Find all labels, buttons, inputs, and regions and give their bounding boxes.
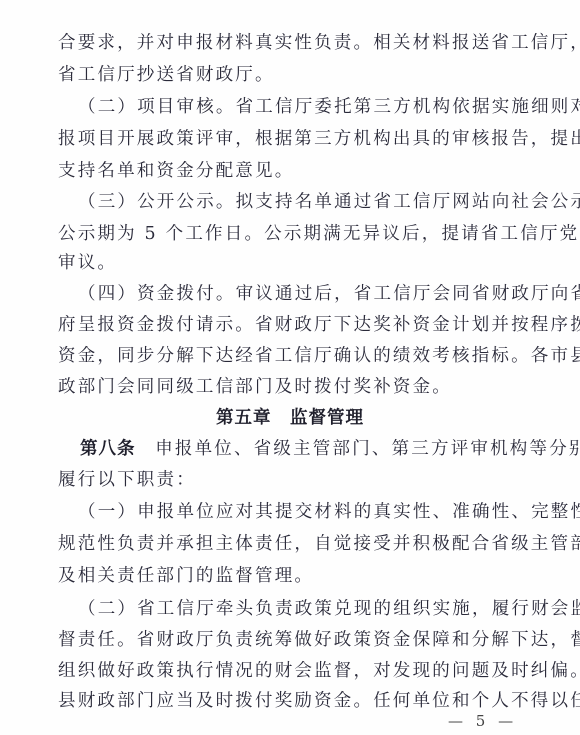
paragraph-line: 支持名单和资金分配意见。 [58,156,513,186]
paragraph-line-public-notice: （三）公开公示。拟支持名单通过省工信厅网站向社会公示， [78,187,513,217]
paragraph-line: 组织做好政策执行情况的财会监督，对发现的问题及时纠偏。市 [58,656,513,686]
paragraph-line: 报项目开展政策评审，根据第三方机构出具的审核报告，提出拟 [58,124,513,154]
paragraph-line-duty-1: （一）申报单位应对其提交材料的真实性、准确性、完整性、 [78,497,513,527]
paragraph-line: 督责任。省财政厅负责统筹做好政策资金保障和分解下达，督促 [58,625,513,655]
paragraph-line-project-review: （二）项目审核。省工信厅委托第三方机构依据实施细则对申 [78,92,513,122]
paragraph-line-fund-allocation: （四）资金拨付。审议通过后，省工信厅会同省财政厅向省政 [78,279,513,309]
page-number: — 5 — [448,712,517,730]
paragraph-line: 公示期为 5 个工作日。公示期满无异议后，提请省工信厅党组会 [58,219,513,249]
paragraph-line: 履行以下职责： [58,465,513,495]
paragraph-line: 政部门会同同级工信部门及时拨付奖补资金。 [58,372,513,402]
paragraph-line: 省工信厅抄送省财政厅。 [58,60,513,90]
paragraph-line: 县财政部门应当及时拨付奖励资金。任何单位和个人不得以任何 [58,686,513,716]
article-line: 第八条 申报单位、省级主管部门、第三方评审机构等分别 [80,434,513,464]
paragraph-line: 审议。 [58,248,513,278]
paragraph-line: 府呈报资金拨付请示。省财政厅下达奖补资金计划并按程序拨付 [58,310,513,340]
paragraph-line: 资金，同步分解下达经省工信厅确认的绩效考核指标。各市县财 [58,341,513,371]
document-page: 合要求，并对申报材料真实性负责。相关材料报送省工信厅，由 省工信厅抄送省财政厅。… [0,0,580,735]
paragraph-line: 及相关责任部门的监督管理。 [58,561,513,591]
chapter-heading: 第五章 监督管理 [0,403,580,433]
paragraph-line-duty-2: （二）省工信厅牵头负责政策兑现的组织实施，履行财会监 [78,594,513,624]
paragraph-line: 合要求，并对申报材料真实性负责。相关材料报送省工信厅，由 [58,28,513,58]
paragraph-line: 规范性负责并承担主体责任，自觉接受并积极配合省级主管部门 [58,529,513,559]
article-label: 第八条 [80,439,136,459]
article-text: 申报单位、省级主管部门、第三方评审机构等分别 [155,439,580,459]
